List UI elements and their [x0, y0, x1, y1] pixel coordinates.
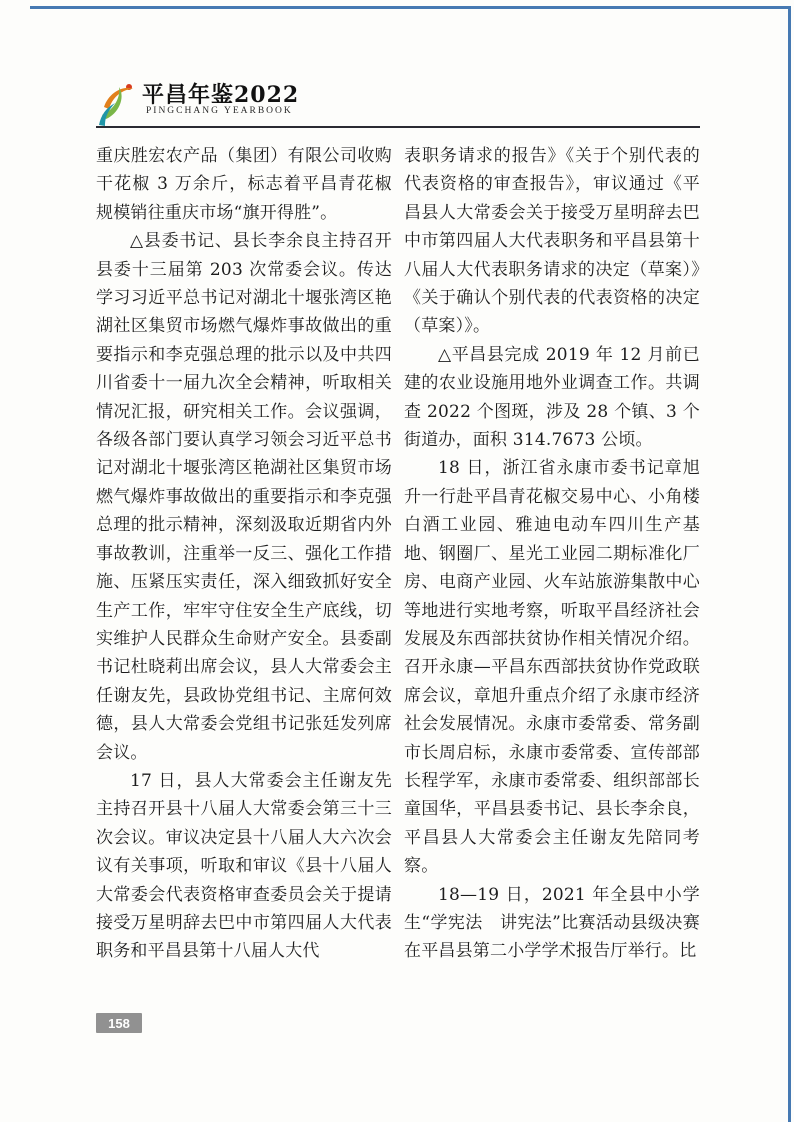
page-number-badge: 158	[96, 1013, 142, 1033]
paragraph-entry: △县委书记、县长李余良主持召开县委十三届第 203 次常委会议。传达学习习近平总…	[96, 227, 392, 767]
paragraph-continued: 表职务请求的报告》《关于个别代表的代表资格的审查报告》，审议通过《平昌县人大常委…	[404, 142, 700, 341]
page-right-edge-line	[788, 6, 791, 1122]
page-top-edge-line	[30, 6, 791, 9]
yearbook-logo-icon	[96, 80, 138, 126]
paragraph-entry: △平昌县完成 2019 年 12 月前已建的农业设施用地外业调查工作。共调查 2…	[404, 341, 700, 455]
left-column: 重庆胜宏农产品（集团）有限公司收购干花椒 3 万余斤，标志着平昌青花椒规模销往重…	[96, 142, 392, 966]
paragraph-entry: 17 日，县人大常委会主任谢友先主持召开县十八届人大常委会第三十三次会议。审议决…	[96, 767, 392, 966]
right-column: 表职务请求的报告》《关于个别代表的代表资格的审查报告》，审议通过《平昌县人大常委…	[404, 142, 700, 966]
yearbook-title: 平昌年鉴2022	[142, 78, 299, 109]
paragraph-entry: 18—19 日，2021 年全县中小学生“学宪法 讲宪法”比赛活动县级决赛在平昌…	[404, 881, 700, 966]
page-header: 平昌年鉴2022 PINGCHANG YEARBOOK	[96, 80, 700, 126]
header-rule	[96, 126, 700, 128]
paragraph-entry: 18 日，浙江省永康市委书记章旭升一行赴平昌青花椒交易中心、小角楼白酒工业园、雅…	[404, 454, 700, 880]
paragraph-continued: 重庆胜宏农产品（集团）有限公司收购干花椒 3 万余斤，标志着平昌青花椒规模销往重…	[96, 142, 392, 227]
yearbook-subtitle: PINGCHANG YEARBOOK	[146, 106, 293, 116]
page-number: 158	[108, 1016, 130, 1031]
yearbook-page: 平昌年鉴2022 PINGCHANG YEARBOOK 重庆胜宏农产品（集团）有…	[0, 0, 794, 1122]
